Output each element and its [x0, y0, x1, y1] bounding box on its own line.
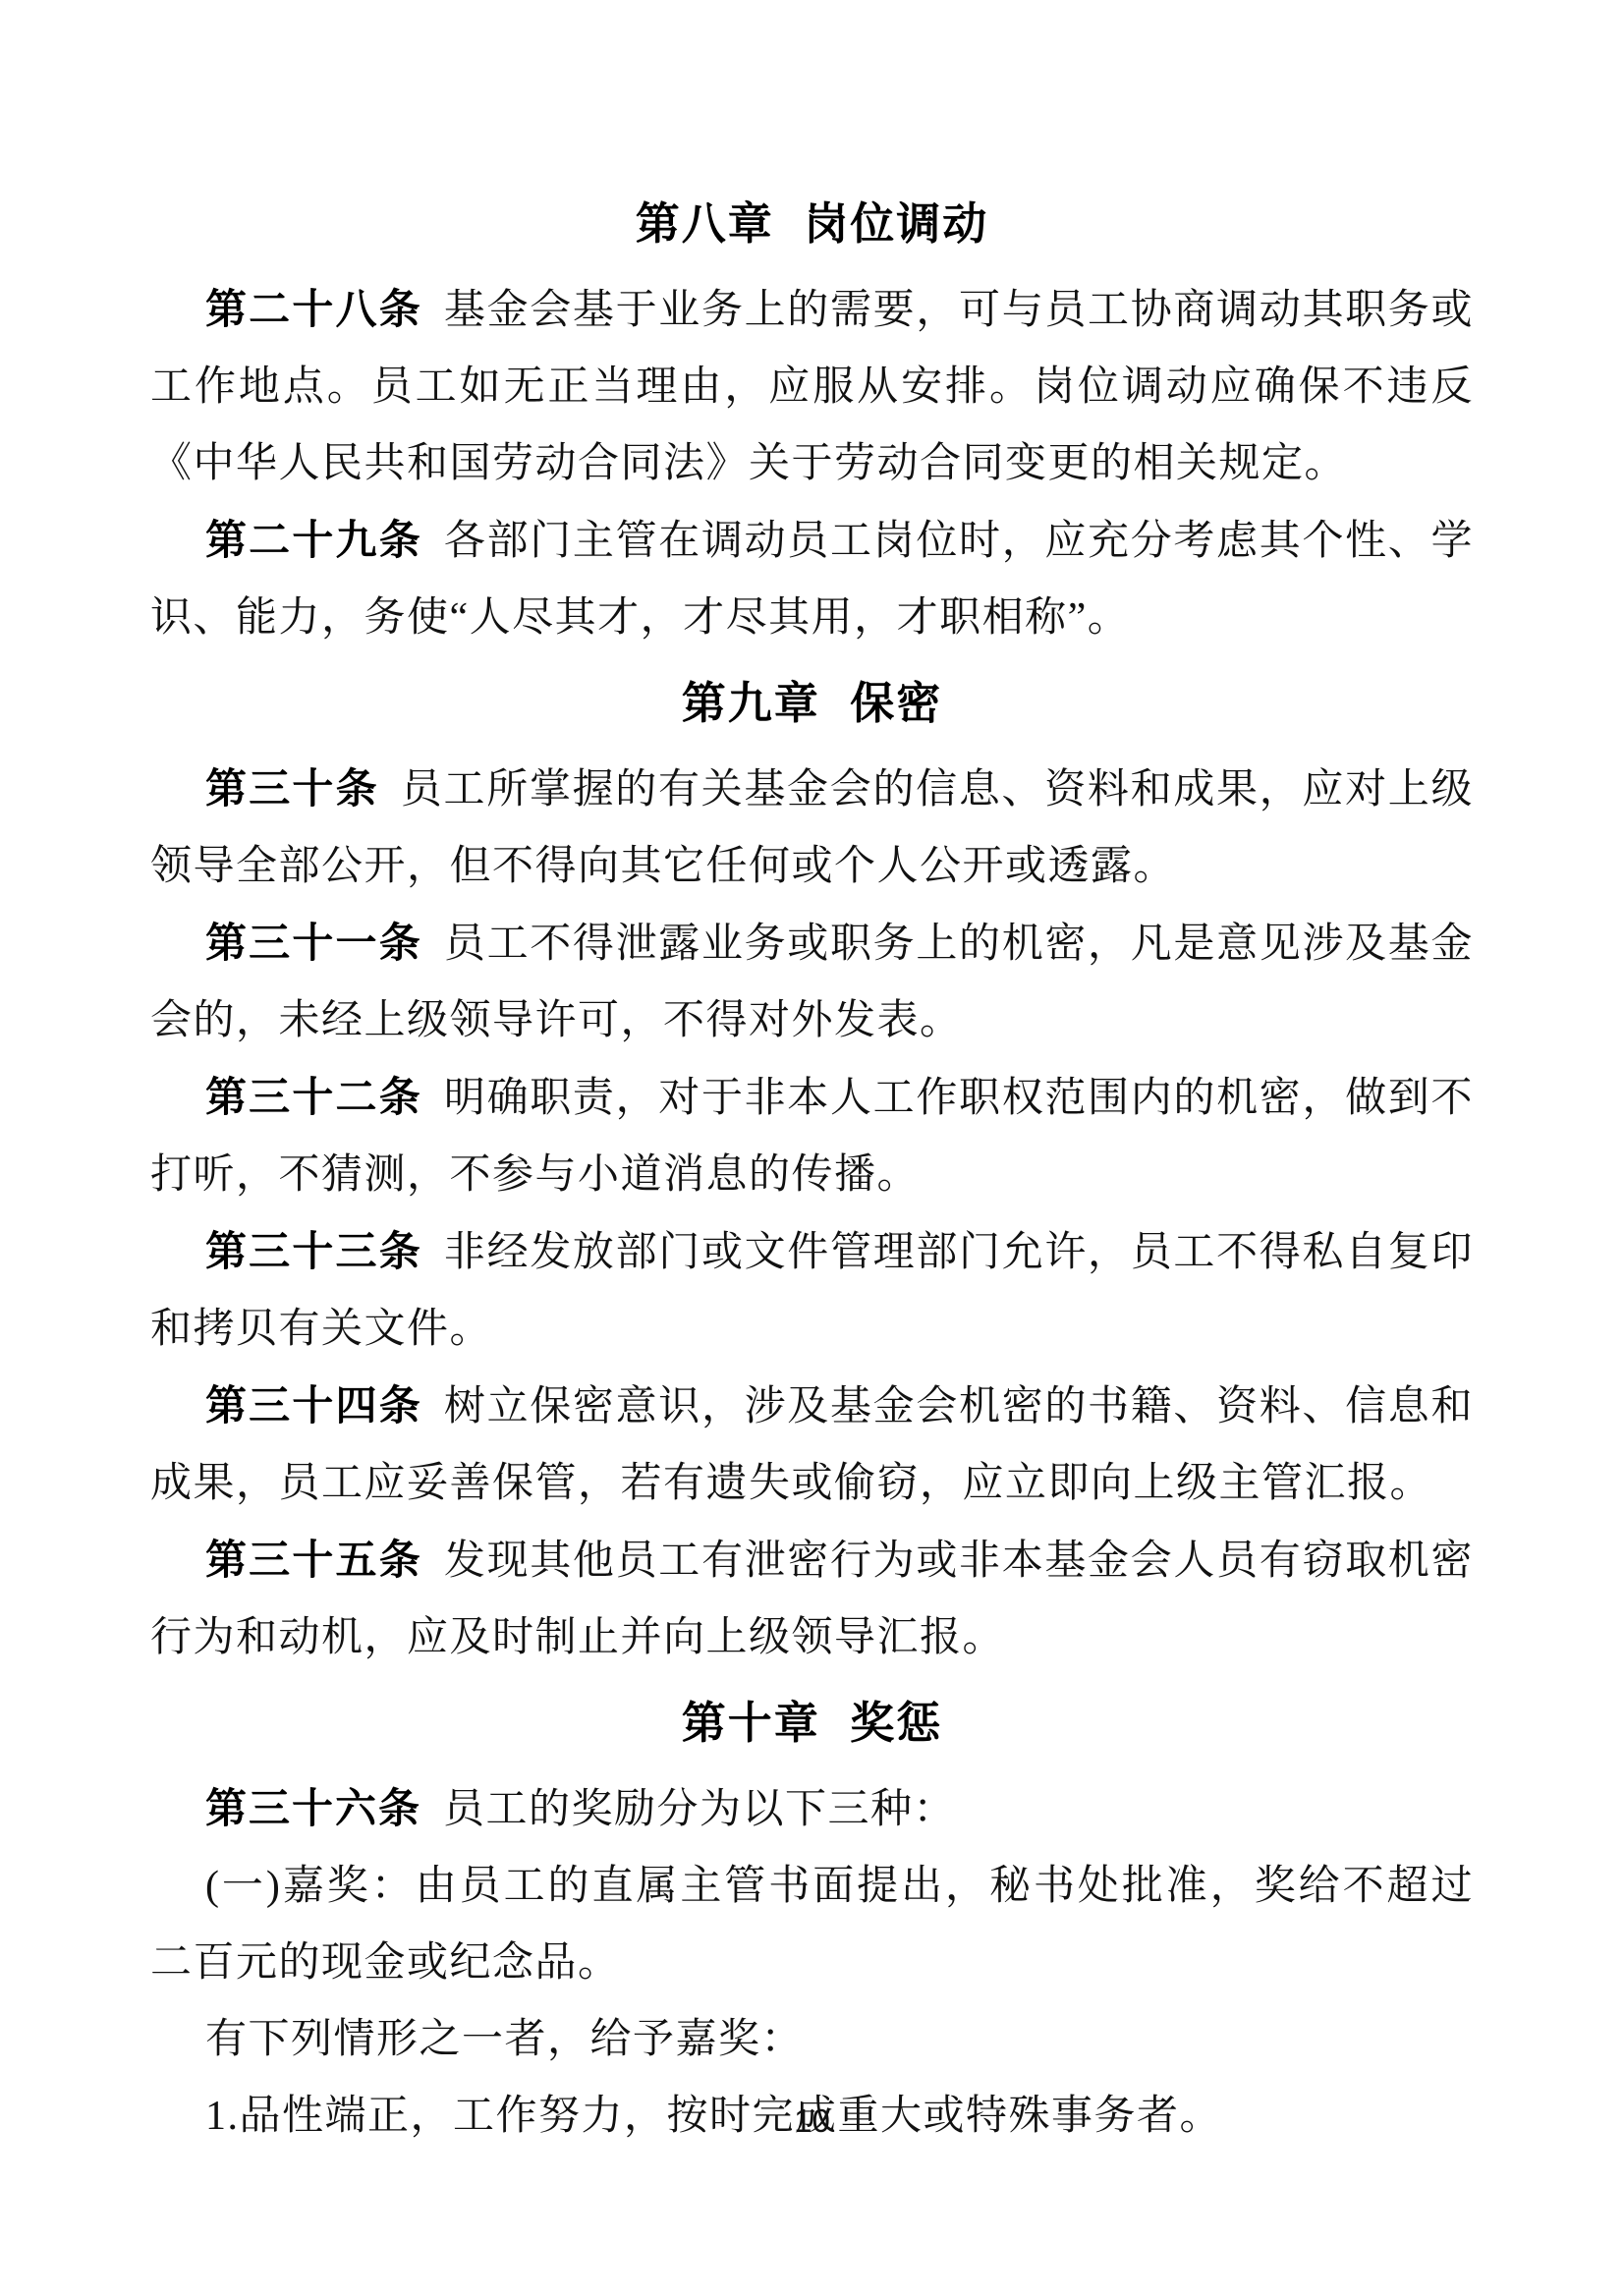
article-paragraph: 第三十三条非经发放部门或文件管理部门允许，员工不得私自复印和拷贝有关文件。 — [150, 1213, 1474, 1368]
article-number: 第三十五条 — [205, 1537, 422, 1583]
article-paragraph: 第三十条员工所掌握的有关基金会的信息、资料和成果，应对上级领导全部公开，但不得向… — [150, 751, 1474, 905]
article-paragraph: 第三十二条明确职责，对于非本人工作职权范围内的机密，做到不打听，不猜测，不参与小… — [150, 1059, 1474, 1213]
article-number: 第三十二条 — [205, 1074, 422, 1120]
article-number: 第三十六条 — [205, 1785, 421, 1831]
article-number: 第三十条 — [205, 765, 379, 812]
article-paragraph: 第二十八条基金会基于业务上的需要，可与员工协商调动其职务或工作地点。员工如无正当… — [150, 271, 1474, 502]
article-number: 第三十四条 — [205, 1382, 422, 1428]
body-paragraph: (一)嘉奖：由员工的直属主管书面提出，秘书处批准，奖给不超过二百元的现金或纪念品… — [150, 1848, 1474, 2001]
chapter-heading-10: 第十章 奖惩 — [150, 1684, 1474, 1763]
article-paragraph: 第三十五条发现其他员工有泄密行为或非本基金会人员有窃取机密行为和动机，应及时制止… — [150, 1522, 1474, 1676]
article-text: 员工的奖励分为以下三种： — [443, 1787, 956, 1832]
chapter-heading-9: 第九章 保密 — [150, 664, 1474, 743]
chapter-heading-8: 第八章 岗位调动 — [150, 185, 1474, 263]
paragraph-text: 有下列情形之一者，给予嘉奖： — [205, 2017, 804, 2062]
article-paragraph: 第三十一条员工不得泄露业务或职务上的机密，凡是意见涉及基金会的，未经上级领导许可… — [150, 905, 1474, 1059]
document-page: 第八章 岗位调动 第二十八条基金会基于业务上的需要，可与员工协商调动其职务或工作… — [0, 0, 1624, 2296]
article-number: 第三十三条 — [205, 1228, 422, 1274]
article-number: 第三十一条 — [205, 920, 422, 966]
article-paragraph: 第三十六条员工的奖励分为以下三种： — [150, 1770, 1474, 1848]
article-number: 第二十九条 — [205, 517, 422, 563]
page-number: 10 — [0, 2102, 1624, 2140]
paragraph-text: (一)嘉奖：由员工的直属主管书面提出，秘书处批准，奖给不超过二百元的现金或纪念品… — [150, 1864, 1474, 1986]
article-number: 第二十八条 — [205, 286, 422, 332]
body-paragraph: 有下列情形之一者，给予嘉奖： — [150, 2001, 1474, 2078]
article-paragraph: 第三十四条树立保密意识，涉及基金会机密的书籍、资料、信息和成果，员工应妥善保管，… — [150, 1368, 1474, 1522]
article-paragraph: 第二十九条各部门主管在调动员工岗位时，应充分考虑其个性、学识、能力，务使“人尽其… — [150, 502, 1474, 656]
